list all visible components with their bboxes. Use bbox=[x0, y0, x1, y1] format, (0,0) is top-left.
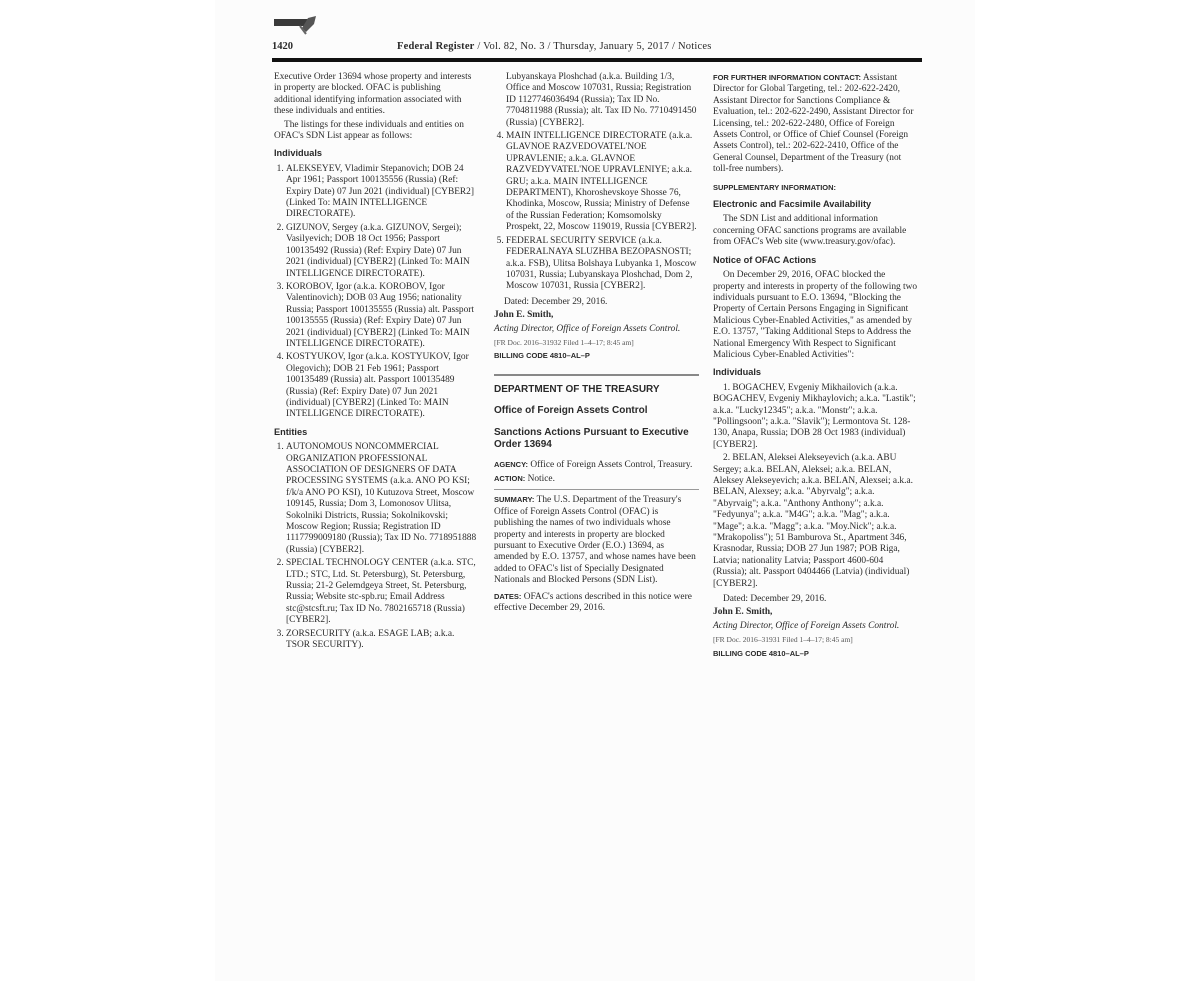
signer-title: Acting Director, Office of Foreign Asset… bbox=[713, 621, 918, 632]
availability-heading: Electronic and Facsimile Availability bbox=[713, 199, 918, 210]
entities-list: AUTONOMOUS NONCOMMERCIAL ORGANIZATION PR… bbox=[274, 442, 479, 651]
signer-name: John E. Smith, bbox=[713, 607, 918, 618]
office-heading: Office of Foreign Assets Control bbox=[494, 405, 699, 416]
section-divider bbox=[494, 374, 699, 376]
page-number: 1420 bbox=[272, 41, 293, 52]
intro-paragraph: Executive Order 13694 whose property and… bbox=[274, 72, 479, 118]
action-line: ACTION: Notice. bbox=[494, 473, 699, 485]
individuals-list: ALEKSEYEV, Vladimir Stepanovich; DOB 24 … bbox=[274, 164, 479, 421]
gpo-eagle-logo-icon bbox=[272, 14, 320, 38]
agency-line: AGENCY: Office of Foreign Assets Control… bbox=[494, 459, 699, 471]
availability-text: The SDN List and additional information … bbox=[713, 214, 918, 248]
dates-paragraph: DATES: OFAC's actions described in this … bbox=[494, 591, 699, 615]
entities-heading: Entities bbox=[274, 427, 479, 438]
list-item: 1. BOGACHEV, Evgeniy Mikhailovich (a.k.a… bbox=[713, 383, 918, 451]
list-item: GIZUNOV, Sergey (a.k.a. GIZUNOV, Sergei)… bbox=[286, 223, 479, 280]
header-rule bbox=[272, 58, 922, 62]
individuals-heading: Individuals bbox=[713, 367, 918, 378]
continued-entry: Lubyanskaya Ploshchad (a.k.a. Building 1… bbox=[494, 72, 699, 129]
fr-doc-line: [FR Doc. 2016–31932 Filed 1–4–17; 8:45 a… bbox=[494, 337, 699, 348]
column-1: Executive Order 13694 whose property and… bbox=[274, 72, 479, 654]
dated-line: Dated: December 29, 2016. bbox=[494, 297, 699, 308]
divider bbox=[494, 489, 699, 490]
fr-doc-line: [FR Doc. 2016–31931 Filed 1–4–17; 8:45 a… bbox=[713, 634, 918, 645]
running-header: 1420 Federal Register / Vol. 82, No. 3 /… bbox=[272, 41, 922, 55]
entities-list-continued: MAIN INTELLIGENCE DIRECTORATE (a.k.a. GL… bbox=[494, 131, 699, 293]
billing-code: BILLING CODE 4810–AL–P bbox=[494, 350, 699, 361]
publication-title: Federal Register / Vol. 82, No. 3 / Thur… bbox=[397, 41, 711, 52]
billing-code: BILLING CODE 4810–AL–P bbox=[713, 648, 918, 659]
list-item: KOSTYUKOV, Igor (a.k.a. KOSTYUKOV, Igor … bbox=[286, 352, 479, 420]
list-item: FEDERAL SECURITY SERVICE (a.k.a. FEDERAL… bbox=[506, 236, 699, 293]
list-item: MAIN INTELLIGENCE DIRECTORATE (a.k.a. GL… bbox=[506, 131, 699, 234]
list-item: ZORSECURITY (a.k.a. ESAGE LAB; a.k.a. TS… bbox=[286, 629, 479, 652]
notice-text: On December 29, 2016, OFAC blocked the p… bbox=[713, 270, 918, 361]
list-item: AUTONOMOUS NONCOMMERCIAL ORGANIZATION PR… bbox=[286, 442, 479, 556]
list-item: ALEKSEYEV, Vladimir Stepanovich; DOB 24 … bbox=[286, 164, 479, 221]
notice-heading: Notice of OFAC Actions bbox=[713, 255, 918, 266]
summary-paragraph: SUMMARY: The U.S. Department of the Trea… bbox=[494, 494, 699, 586]
column-2: Lubyanskaya Ploshchad (a.k.a. Building 1… bbox=[494, 72, 699, 616]
dated-line: Dated: December 29, 2016. bbox=[713, 594, 918, 605]
signer-title: Acting Director, Office of Foreign Asset… bbox=[494, 324, 699, 335]
agency-heading: DEPARTMENT OF THE TREASURY bbox=[494, 384, 699, 395]
document-title: Sanctions Actions Pursuant to Executive … bbox=[494, 427, 699, 451]
individuals-heading: Individuals bbox=[274, 148, 479, 159]
list-item: 2. BELAN, Aleksei Alekseyevich (a.k.a. A… bbox=[713, 453, 918, 590]
contact-paragraph: FOR FURTHER INFORMATION CONTACT: Assista… bbox=[713, 72, 918, 176]
list-item: SPECIAL TECHNOLOGY CENTER (a.k.a. STC, L… bbox=[286, 558, 479, 626]
listing-intro: The listings for these individuals and e… bbox=[274, 120, 479, 143]
list-item: KOROBOV, Igor (a.k.a. KOROBOV, Igor Vale… bbox=[286, 282, 479, 350]
column-3: FOR FURTHER INFORMATION CONTACT: Assista… bbox=[713, 72, 918, 661]
signer-name: John E. Smith, bbox=[494, 310, 699, 321]
supplementary-label: SUPPLEMENTARY INFORMATION: bbox=[713, 182, 918, 193]
